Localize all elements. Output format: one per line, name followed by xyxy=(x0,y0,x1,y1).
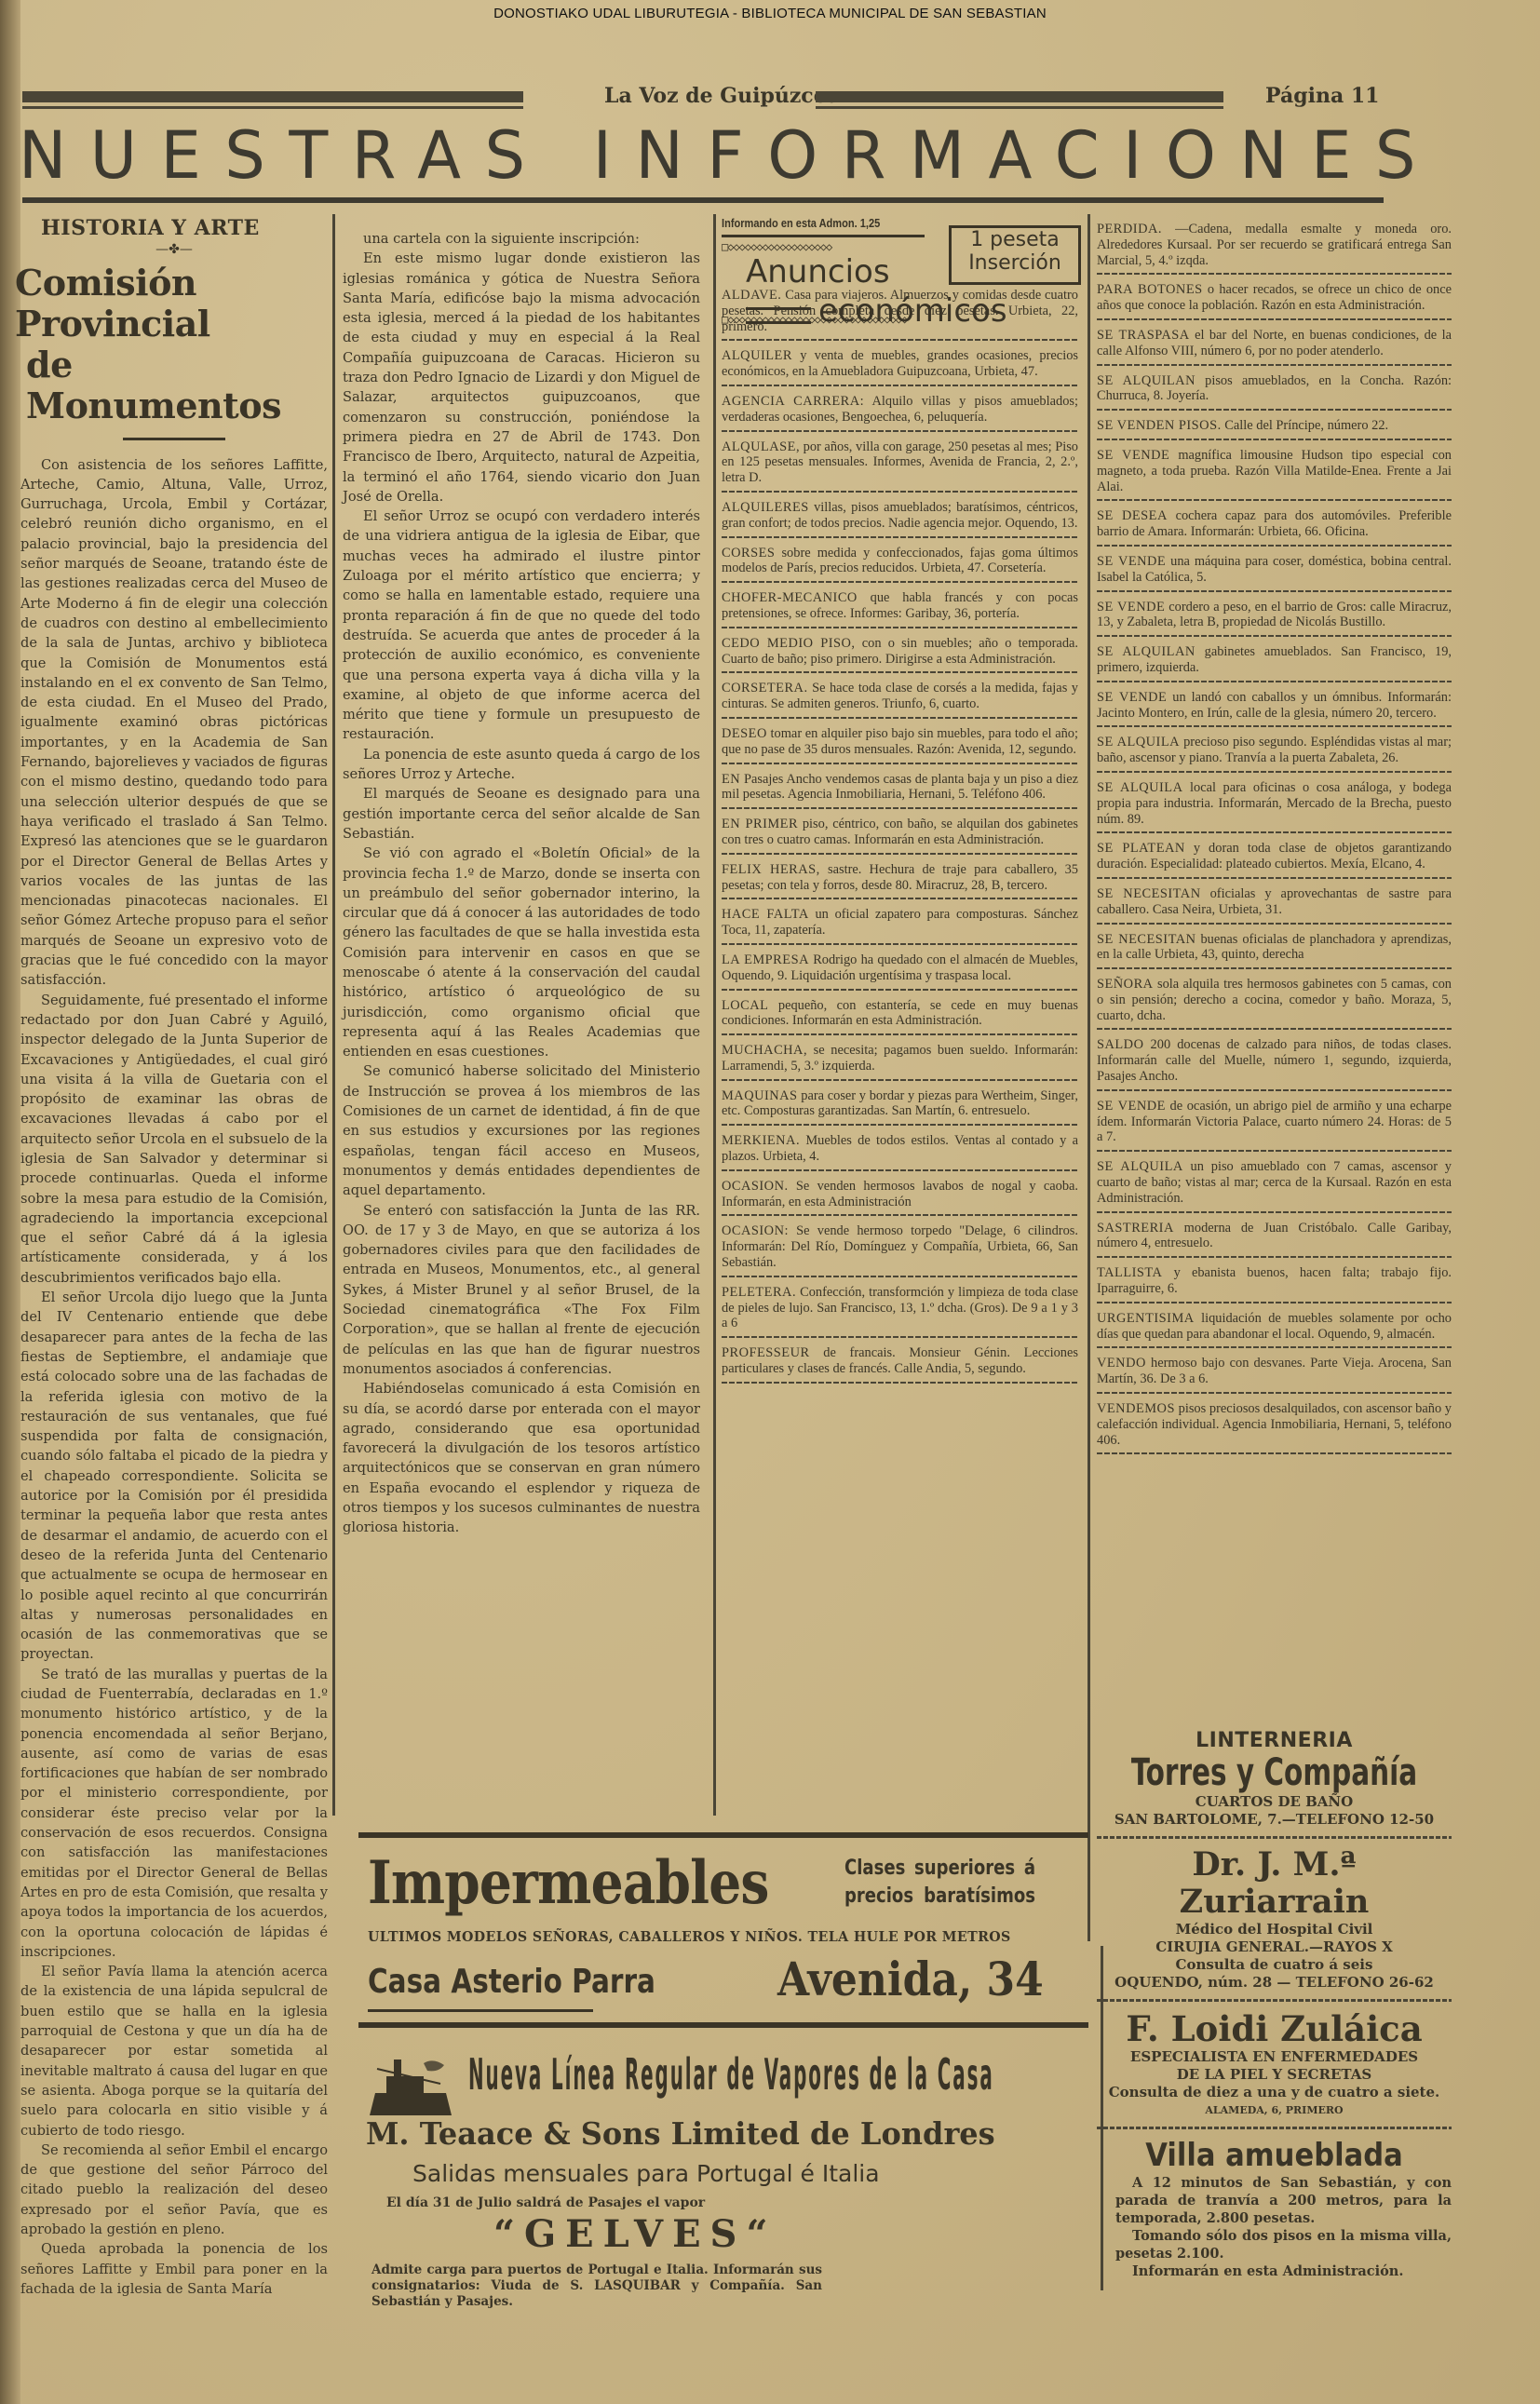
linterneria-line: CUARTOS DE BAÑO xyxy=(1097,1793,1452,1811)
shipping-ad: Nueva Línea Regular de Vapores de la Cas… xyxy=(358,2039,1088,2300)
classified-keyword: PELETERA. xyxy=(722,1285,796,1300)
classified-keyword: SE TRASPASA xyxy=(1097,328,1190,343)
article-kicker: HISTORIA Y ARTE xyxy=(41,219,328,238)
specialist-line: Consulta de diez a una y de cuatro a sie… xyxy=(1097,2084,1452,2101)
wavy-rule xyxy=(1097,1836,1452,1839)
classified-ad: FELIX HERAS, sastre. Hechura de traje pa… xyxy=(722,857,1078,902)
classified-ad: MERKIENA. Muebles de todos estilos. Vent… xyxy=(722,1128,1078,1173)
classified-ad: SE DESEA cochera capaz para dos automóvi… xyxy=(1097,503,1452,548)
classified-text: tomar en alquiler piso bajo sin muebles,… xyxy=(722,726,1078,757)
classified-ad: SEÑORA sola alquila tres hermosos gabine… xyxy=(1097,971,1452,1032)
classified-keyword: CORSES xyxy=(722,546,775,560)
classified-keyword: SE VENDE xyxy=(1097,554,1166,569)
classified-ad: AGENCIA CARRERA: Alquilo villas y pisos … xyxy=(722,388,1078,434)
classified-ad: PROFESSEUR de francais. Monsieur Génin. … xyxy=(722,1340,1078,1385)
masthead: La Voz de Guipúzcoa Página 11 xyxy=(22,86,1456,114)
section-title: NUESTRAS INFORMACIONES xyxy=(19,119,1406,192)
classified-keyword: FELIX HERAS, xyxy=(722,862,820,877)
column-divider xyxy=(332,214,335,1816)
classified-ad: LOCAL pequeño, con estantería, se cede e… xyxy=(722,993,1078,1038)
classified-keyword: LA EMPRESA xyxy=(722,952,809,967)
linterneria-label: LINTERNERIA xyxy=(1097,1729,1452,1752)
classified-keyword: SE VENDE xyxy=(1097,600,1165,615)
classified-keyword: SASTRERIA xyxy=(1097,1221,1174,1236)
article-paragraph: Tomando sólo dos pisos en la misma villa… xyxy=(1115,2227,1452,2262)
article-paragraph: una cartela con la siguiente inscripción… xyxy=(343,229,700,249)
ad-rule xyxy=(358,2022,1088,2028)
classified-keyword: VENDO xyxy=(1097,1356,1146,1371)
shipping-headline: Nueva Línea Regular de Vapores de la Cas… xyxy=(468,2046,994,2102)
classified-keyword: PARA BOTONES xyxy=(1097,282,1203,297)
article-paragraph: Con asistencia de los señores Laffitte, … xyxy=(20,455,328,991)
classified-keyword: MUCHACHA, xyxy=(722,1043,807,1058)
classified-ad: OCASION: Se vende hermoso torpedo "Delag… xyxy=(722,1218,1078,1278)
classified-ad: SE NECESITAN buenas oficialas de plancha… xyxy=(1097,926,1452,972)
classified-ad: SE ALQUILA precioso piso segundo. Esplén… xyxy=(1097,729,1452,775)
article-paragraph: Queda aprobada la ponencia de los señore… xyxy=(20,2239,328,2299)
article-paragraph: El marqués de Seoane es designado para u… xyxy=(343,784,700,844)
article-paragraph: La ponencia de este asunto queda á cargo… xyxy=(343,745,700,785)
article-paragraph: A 12 minutos de San Sebastián, y con par… xyxy=(1115,2174,1452,2227)
classified-keyword: PROFESSEUR xyxy=(722,1345,810,1360)
classified-ad: SE VENDE de ocasión, un abrigo piel de a… xyxy=(1097,1093,1452,1154)
classified-ad: MUCHACHA, se necesita; pagamos buen suel… xyxy=(722,1037,1078,1083)
classified-keyword: ALQUILER xyxy=(722,348,792,363)
classified-keyword: MAQUINAS xyxy=(722,1088,798,1103)
classified-keyword: MERKIENA. xyxy=(722,1133,800,1148)
classified-ad: SE VENDE un landó con caballos y un ómni… xyxy=(1097,684,1452,730)
classified-keyword: OCASION: xyxy=(722,1223,789,1238)
classified-keyword: HACE FALTA xyxy=(722,907,809,922)
headline-line: de Monumentos xyxy=(26,344,328,426)
article-paragraph: En este mismo lugar donde existieron las… xyxy=(343,249,700,506)
linterneria-name: Torres y Compañía xyxy=(1128,1752,1419,1793)
price-box-line: 1 peseta xyxy=(952,228,1078,251)
classified-keyword: OCASION. xyxy=(722,1179,789,1194)
classifieds-column-3: ALDAVE. Casa para viajeros. Almuerzos y … xyxy=(722,282,1078,1385)
article-column-1: HISTORIA Y ARTE —✤— Comisión Provincial … xyxy=(20,219,328,2299)
headline-rule xyxy=(123,438,225,440)
ad-rule xyxy=(368,2009,593,2012)
specialist-line: ESPECIALISTA EN ENFERMEDADES xyxy=(1097,2048,1452,2066)
classified-keyword: CORSETERA. xyxy=(722,681,808,696)
headline-line: Comisión Provincial xyxy=(15,263,328,344)
page-number: Página 11 xyxy=(1265,84,1379,108)
classified-keyword: ALQULASE, xyxy=(722,439,800,454)
classifieds-info-line: Informando en esta Admon. 1,25 xyxy=(722,216,880,230)
impermeables-shop: Casa Asterio Parra xyxy=(368,1963,655,2001)
villa-body: A 12 minutos de San Sebastián, y con par… xyxy=(1115,2174,1452,2280)
classified-ad: CEDO MEDIO PISO, con o sin muebles; año … xyxy=(722,630,1078,676)
specialist-name: F. Loidi Zuláica xyxy=(1097,2009,1452,2048)
doctor-name: Dr. J. M.ª Zuriarrain xyxy=(1097,1846,1452,1921)
classified-text: Calle del Príncipe, número 22. xyxy=(1222,418,1388,433)
classified-text: Pasajes Ancho vendemos casas de planta b… xyxy=(722,772,1078,803)
classified-keyword: SALDO xyxy=(1097,1037,1143,1052)
classified-ad: SE ALQUILAN gabinetes amueblados. San Fr… xyxy=(1097,639,1452,684)
info-rule xyxy=(722,235,925,237)
article-paragraph: El señor Urroz se ocupó con verdadero in… xyxy=(343,506,700,745)
classified-keyword: PERDIDA. xyxy=(1097,222,1162,236)
classified-ad: SALDO 200 docenas de calzado para niños,… xyxy=(1097,1032,1452,1092)
classified-ad: ALQULASE, por años, villa con garage, 25… xyxy=(722,434,1078,494)
column-divider xyxy=(1087,214,1090,1941)
classified-ad: PERDIDA. —Cadena, medalla esmalte y mone… xyxy=(1097,216,1452,277)
doctor-line: Consulta de cuatro á seis xyxy=(1097,1956,1452,1974)
impermeables-address: Avenida, 34 xyxy=(777,1952,1044,2006)
impermeables-title: Impermeables xyxy=(368,1851,768,1916)
villa-title: Villa amueblada xyxy=(1114,2137,1434,2174)
classified-keyword: SE VENDE xyxy=(1097,1099,1166,1114)
article-column-2: una cartela con la siguiente inscripción… xyxy=(343,229,700,1538)
classified-ad: ALQUILERES villas, pisos amueblados; bar… xyxy=(722,494,1078,540)
classified-ad: TALLISTA y ebanista buenos, hacen falta;… xyxy=(1097,1260,1452,1305)
classified-keyword: AGENCIA CARRERA: xyxy=(722,394,864,409)
classified-text: sobre medida y confeccionados, fajas gom… xyxy=(722,546,1078,576)
classified-text: hermoso bajo con desvanes. Parte Vieja. … xyxy=(1097,1356,1452,1386)
masthead-rule-left xyxy=(22,91,523,102)
classified-text: pequeño, con estantería, se cede en muy … xyxy=(722,998,1078,1029)
article-body: una cartela con la siguiente inscripción… xyxy=(343,229,700,1538)
classified-keyword: ALDAVE. xyxy=(722,288,781,303)
price-box: 1 peseta Inserción xyxy=(949,225,1081,285)
shipping-departure: El día 31 de Julio saldrá de Pasajes el … xyxy=(386,2195,705,2210)
article-paragraph: Se enteró con satisfacción la Junta de l… xyxy=(343,1201,700,1380)
classified-keyword: SE ALQUILA xyxy=(1097,1159,1183,1174)
classified-ad: SE PLATEAN y doran toda clase de objetos… xyxy=(1097,835,1452,881)
classified-keyword: VENDEMOS xyxy=(1097,1401,1175,1416)
doctor-line: OQUENDO, núm. 28 — TELEFONO 26-62 xyxy=(1097,1974,1452,1992)
classified-ad: DESEO tomar en alquiler piso bajo sin mu… xyxy=(722,721,1078,766)
masthead-rule-right xyxy=(816,91,1223,102)
classified-ad: EN Pasajes Ancho vendemos casas de plant… xyxy=(722,766,1078,812)
classified-keyword: SE ALQUILA xyxy=(1097,735,1180,750)
classified-keyword: ALQUILERES xyxy=(722,500,809,515)
classified-keyword: SE NECESITAN xyxy=(1097,886,1201,901)
classified-keyword: EN PRIMER xyxy=(722,817,798,831)
classified-keyword: SE ALQUILAN xyxy=(1097,373,1196,388)
classified-ad: OCASION. Se venden hermosos lavabos de n… xyxy=(722,1173,1078,1219)
article-paragraph: Informarán en esta Administración. xyxy=(1115,2262,1452,2280)
classified-keyword: SE DESEA xyxy=(1097,508,1168,523)
article-paragraph: Habiéndoselas comunicado á esta Comisión… xyxy=(343,1379,700,1537)
section-title-rule xyxy=(22,197,1384,203)
linterneria-line: SAN BARTOLOME, 7.—TELEFONO 12-50 xyxy=(1097,1811,1452,1829)
shipping-company: M. Teaace & Sons Limited de Londres xyxy=(366,2115,995,2152)
classified-keyword: SE VENDE xyxy=(1097,448,1169,463)
classified-ad: SE VENDE cordero a peso, en el barrio de… xyxy=(1097,594,1452,640)
wavy-rule xyxy=(1097,1999,1452,2002)
classified-ad: SE VENDE una máquina para coser, domésti… xyxy=(1097,548,1452,594)
classified-ad: HACE FALTA un oficial zapatero para comp… xyxy=(722,901,1078,947)
article-paragraph: Se vió con agrado el «Boletín Oficial» d… xyxy=(343,844,700,1061)
classified-ad: SE ALQUILA un piso amueblado con 7 camas… xyxy=(1097,1154,1452,1214)
doctor-line: Médico del Hospital Civil xyxy=(1097,1921,1452,1938)
wavy-rule xyxy=(1097,2127,1452,2129)
classified-keyword: URGENTISIMA xyxy=(1097,1311,1195,1326)
classified-ad: VENDO hermoso bajo con desvanes. Parte V… xyxy=(1097,1350,1452,1396)
article-paragraph: Se recomienda al señor Embil el encargo … xyxy=(20,2141,328,2239)
article-paragraph: Se comunicó haberse solicitado del Minis… xyxy=(343,1061,700,1200)
classified-keyword: CHOFER-MECANICO xyxy=(722,590,858,605)
article-paragraph: Seguidamente, fué presentado el informe … xyxy=(20,991,328,1288)
classified-ad: SE VENDE magnífica limousine Hudson tipo… xyxy=(1097,442,1452,503)
classified-ad: LA EMPRESA Rodrigo ha quedado con el alm… xyxy=(722,947,1078,993)
classified-ad: VENDEMOS pisos preciosos desalquilados, … xyxy=(1097,1396,1452,1456)
classified-ad: SE ALQUILA local para oficinas o cosa an… xyxy=(1097,775,1452,835)
classified-keyword: LOCAL xyxy=(722,998,768,1013)
article-paragraph: Se trató de las murallas y puertas de la… xyxy=(20,1665,328,1962)
article-paragraph: El señor Pavía llama la atención acerca … xyxy=(20,1962,328,2141)
ad-rule xyxy=(358,1832,1088,1838)
classified-keyword: SE ALQUILA xyxy=(1097,780,1183,795)
chain-border-icon: □◇◇◇◇◇◇◇◇◇◇◇◇◇◇◇◇◇◇ xyxy=(722,240,941,253)
impermeables-models: ULTIMOS MODELOS SEÑORAS, CABALLEROS Y NI… xyxy=(368,1929,1011,1945)
classified-ad: MAQUINAS para coser y bordar y piezas pa… xyxy=(722,1083,1078,1128)
classified-keyword: SE PLATEAN xyxy=(1097,841,1185,856)
impermeables-side-text: Clases superiores á precios baratísimos xyxy=(844,1855,1035,1911)
specialist-line: ALAMEDA, 6, PRIMERO xyxy=(1097,2101,1452,2119)
classified-keyword: DESEO xyxy=(722,726,767,741)
classified-ad: PELETERA. Confección, transformción y li… xyxy=(722,1279,1078,1340)
article-body: Con asistencia de los señores Laffitte, … xyxy=(20,455,328,2300)
classified-ad: SE TRASPASA el bar del Norte, en buenas … xyxy=(1097,322,1452,368)
classified-keyword: SE NECESITAN xyxy=(1097,932,1196,947)
classified-text: 200 docenas de calzado para niños, de to… xyxy=(1097,1037,1452,1084)
classified-ad: CORSETERA. Se hace toda clase de corsés … xyxy=(722,675,1078,721)
classified-keyword: EN xyxy=(722,772,740,787)
classified-ad: SE NECESITAN oficialas y aprovechantas d… xyxy=(1097,881,1452,926)
classified-ad: SE VENDEN PISOS. Calle del Príncipe, núm… xyxy=(1097,412,1452,442)
classified-ad: PARA BOTONES o hacer recados, se ofrece … xyxy=(1097,277,1452,322)
doctor-line: CIRUJIA GENERAL.—RAYOS X xyxy=(1097,1938,1452,1956)
classified-ad: SASTRERIA moderna de Juan Cristóbalo. Ca… xyxy=(1097,1215,1452,1261)
classified-keyword: TALLISTA xyxy=(1097,1265,1162,1280)
classified-ad: EN PRIMER piso, céntrico, con baño, se a… xyxy=(722,811,1078,857)
article-headline: Comisión Provincial de Monumentos xyxy=(15,263,328,426)
ornament-icon: —✤— xyxy=(20,240,328,260)
classified-ad: ALDAVE. Casa para viajeros. Almuerzos y … xyxy=(722,282,1078,343)
ship-name: “GELVES“ xyxy=(493,2212,717,2256)
shipping-info: Admite carga para puertos de Portugal e … xyxy=(371,2262,822,2310)
classified-ad: SE ALQUILAN pisos amueblados, en la Conc… xyxy=(1097,368,1452,413)
classified-keyword: SEÑORA xyxy=(1097,977,1154,992)
classified-keyword: SE ALQUILAN xyxy=(1097,644,1196,659)
column-divider xyxy=(713,214,716,1816)
shipping-subtitle: Salidas mensuales para Portugal é Italia xyxy=(412,2160,880,2187)
classified-keyword: SE VENDEN PISOS. xyxy=(1097,418,1222,433)
library-banner: DONOSTIAKO UDAL LIBURUTEGIA - BIBLIOTECA… xyxy=(0,6,1540,21)
specialist-line: DE LA PIEL Y SECRETAS xyxy=(1097,2066,1452,2084)
classified-ad: CORSES sobre medida y confeccionados, fa… xyxy=(722,540,1078,586)
classified-keyword: CEDO MEDIO PISO, xyxy=(722,636,856,651)
newspaper-name: La Voz de Guipúzcoa xyxy=(604,84,841,108)
classifieds-column-4: PERDIDA. —Cadena, medalla esmalte y mone… xyxy=(1097,216,1452,1456)
price-box-line: Inserción xyxy=(952,251,1078,275)
article-paragraph: El señor Urcola dijo luego que la Junta … xyxy=(20,1288,328,1665)
display-ads-right: LINTERNERIA Torres y Compañía CUARTOS DE… xyxy=(1097,1729,1452,2280)
classified-ad: CHOFER-MECANICO que habla francés y con … xyxy=(722,585,1078,630)
classified-ad: ALQUILER y venta de muebles, grandes oca… xyxy=(722,343,1078,388)
classified-keyword: SE VENDE xyxy=(1097,690,1167,705)
impermeables-ad: Impermeables Clases superiores á precios… xyxy=(358,1832,1088,2028)
steamship-icon xyxy=(368,2056,453,2115)
classified-ad: URGENTISIMA liquidación de muebles solam… xyxy=(1097,1305,1452,1351)
